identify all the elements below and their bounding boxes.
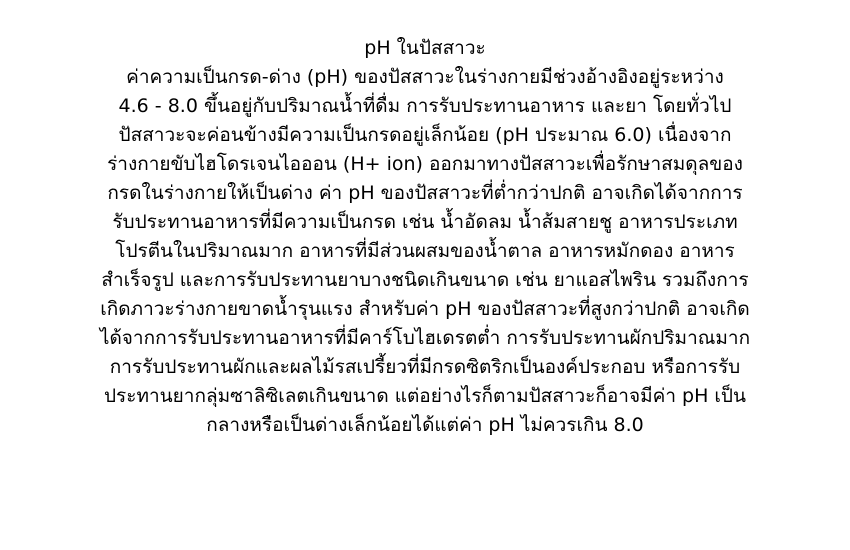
paragraph-line: ค่าความเป็นกรด-ด่าง (pH) ของปัสสาวะในร่า…	[0, 63, 850, 92]
document-title: pH ในปัสสาวะ	[0, 34, 850, 63]
paragraph-line: สำเร็จรูป และการรับประทานยาบางชนิดเกินขน…	[0, 266, 850, 295]
paragraph-line: เกิดภาวะร่างกายขาดน้ำรุนแรง สำหรับค่า pH…	[0, 295, 850, 324]
paragraph-line: ประทานยากลุ่มซาลิซิเลตเกินขนาด แต่อย่างไ…	[0, 382, 850, 411]
paragraph-line: การรับประทานผักและผลไม้รสเปรี้ยวที่มีกรด…	[0, 353, 850, 382]
paragraph-line: ได้จากการรับประทานอาหารที่มีคาร์โบไฮเดรต…	[0, 324, 850, 353]
paragraph-line: กลางหรือเป็นด่างเล็กน้อยได้แต่ค่า pH ไม่…	[0, 411, 850, 440]
paragraph-line: 4.6 - 8.0 ขึ้นอยู่กับปริมาณน้ำที่ดื่ม กา…	[0, 92, 850, 121]
paragraph-line: โปรตีนในปริมาณมาก อาหารที่มีส่วนผสมของน้…	[0, 237, 850, 266]
paragraph-line: รับประทานอาหารที่มีความเป็นกรด เช่น น้ำอ…	[0, 208, 850, 237]
paragraph-line: กรดในร่างกายให้เป็นด่าง ค่า pH ของปัสสาว…	[0, 179, 850, 208]
paragraph-line: ร่างกายขับไฮโดรเจนไอออน (H+ ion) ออกมาทา…	[0, 150, 850, 179]
document-body: pH ในปัสสาวะ ค่าความเป็นกรด-ด่าง (pH) ขอ…	[0, 34, 850, 440]
paragraph-line: ปัสสาวะจะค่อนข้างมีความเป็นกรดอยู่เล็กน้…	[0, 121, 850, 150]
